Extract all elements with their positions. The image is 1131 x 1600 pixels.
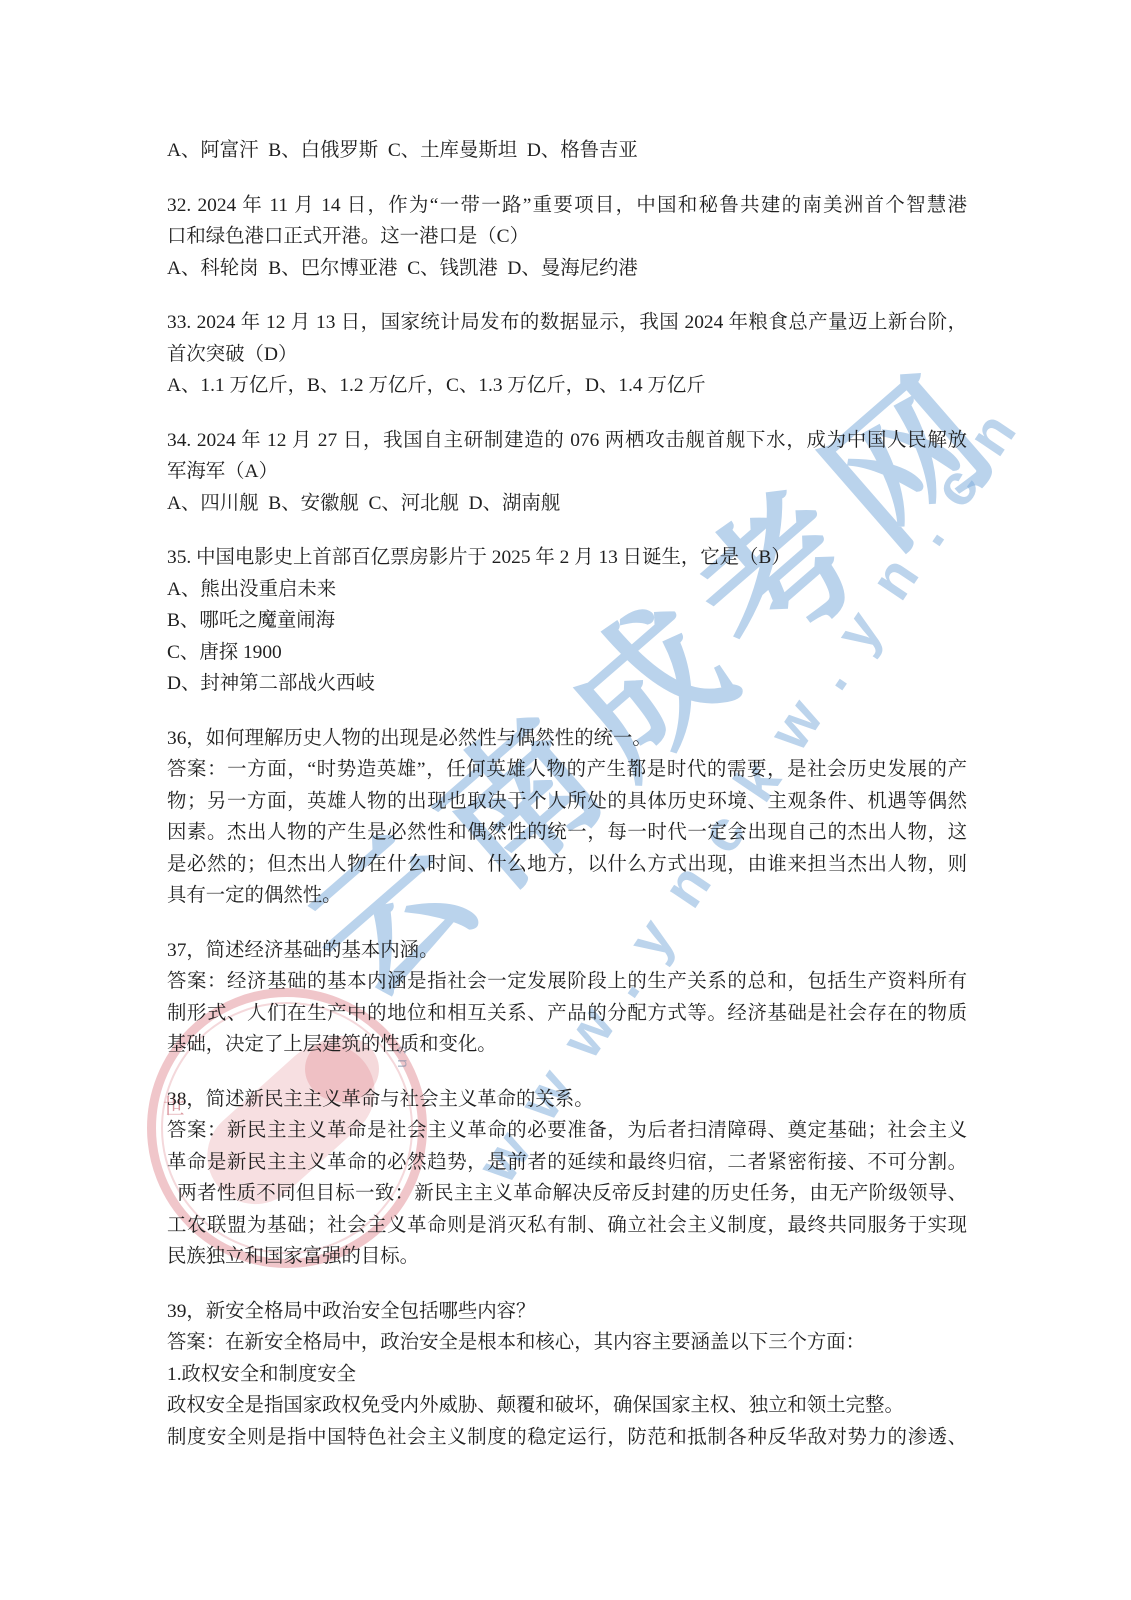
text-line: 民族独立和国家富强的目标。: [167, 1241, 967, 1273]
text-line: 军海军（A）: [167, 456, 967, 488]
question-34: 34. 2024 年 12 月 27 日，我国自主研制建造的 076 两栖攻击舰…: [167, 425, 967, 520]
text-line: 是必然的；但杰出人物在什么时间、什么地方，以什么方式出现，由谁来担当杰出人物，则: [167, 849, 967, 881]
text-line: 39，新安全格局中政治安全包括哪些内容？: [167, 1296, 967, 1328]
text-line: 37，简述经济基础的基本内涵。: [167, 935, 967, 967]
question-32: 32. 2024 年 11 月 14 日，作为“一带一路”重要项目，中国和秘鲁共…: [167, 190, 967, 285]
text-line: B、哪吒之魔童闹海: [167, 605, 967, 637]
question-37: 37，简述经济基础的基本内涵。 答案：经济基础的基本内涵是指社会一定发展阶段上的…: [167, 935, 967, 1061]
text-line: A、科轮岗 B、巴尔博亚港 C、钱凯港 D、曼海尼约港: [167, 253, 967, 285]
text-line: 首次突破（D）: [167, 339, 967, 371]
text-line: 两者性质不同但目标一致：新民主主义革命解决反帝反封建的历史任务，由无产阶级领导、: [167, 1178, 967, 1210]
question-38: 38，简述新民主主义革命与社会主义革命的关系。 答案：新民主主义革命是社会主义革…: [167, 1084, 967, 1273]
document-content: A、阿富汗 B、白俄罗斯 C、土库曼斯坦 D、格鲁吉亚 32. 2024 年 1…: [167, 135, 967, 1476]
text-line: 34. 2024 年 12 月 27 日，我国自主研制建造的 076 两栖攻击舰…: [167, 425, 967, 457]
text-line: 基础，决定了上层建筑的性质和变化。: [167, 1029, 967, 1061]
text-line: 答案：在新安全格局中，政治安全是根本和核心，其内容主要涵盖以下三个方面：: [167, 1327, 967, 1359]
text-line: 32. 2024 年 11 月 14 日，作为“一带一路”重要项目，中国和秘鲁共…: [167, 190, 967, 222]
question-39: 39，新安全格局中政治安全包括哪些内容？ 答案：在新安全格局中，政治安全是根本和…: [167, 1296, 967, 1454]
text-line: 因素。杰出人物的产生是必然性和偶然性的统一，每一时代一定会出现自己的杰出人物，这: [167, 817, 967, 849]
text-line: 1.政权安全和制度安全: [167, 1359, 967, 1391]
text-line: 制度安全则是指中国特色社会主义制度的稳定运行，防范和抵制各种反华敌对势力的渗透、: [167, 1422, 967, 1454]
text-line: A、四川舰 B、安徽舰 C、河北舰 D、湖南舰: [167, 488, 967, 520]
text-line: C、唐探 1900: [167, 637, 967, 669]
question-33: 33. 2024 年 12 月 13 日，国家统计局发布的数据显示，我国 202…: [167, 307, 967, 402]
text-line: 具有一定的偶然性。: [167, 880, 967, 912]
text-line: 答案：经济基础的基本内涵是指社会一定发展阶段上的生产关系的总和，包括生产资料所有: [167, 966, 967, 998]
text-line: A、阿富汗 B、白俄罗斯 C、土库曼斯坦 D、格鲁吉亚: [167, 135, 967, 167]
text-line: A、1.1 万亿斤，B、1.2 万亿斤，C、1.3 万亿斤，D、1.4 万亿斤: [167, 370, 967, 402]
text-line: 36，如何理解历史人物的出现是必然性与偶然性的统一。: [167, 723, 967, 755]
text-line: A、熊出没重启未来: [167, 574, 967, 606]
text-line: 35. 中国电影史上首部百亿票房影片于 2025 年 2 月 13 日诞生，它是…: [167, 542, 967, 574]
text-line: 制形式、人们在生产中的地位和相互关系、产品的分配方式等。经济基础是社会存在的物质: [167, 998, 967, 1030]
text-line: 物；另一方面，英雄人物的出现也取决于个人所处的具体历史环境、主观条件、机遇等偶然: [167, 786, 967, 818]
question-36: 36，如何理解历史人物的出现是必然性与偶然性的统一。 答案：一方面，“时势造英雄…: [167, 723, 967, 912]
page-background: 云南成考网 www.ynckw.yn.cn 世 cn A、阿富汗 B、白俄罗斯 …: [0, 0, 1131, 1600]
text-line: 33. 2024 年 12 月 13 日，国家统计局发布的数据显示，我国 202…: [167, 307, 967, 339]
text-line: 工农联盟为基础；社会主义革命则是消灭私有制、确立社会主义制度，最终共同服务于实现: [167, 1210, 967, 1242]
text-line: D、封神第二部战火西岐: [167, 668, 967, 700]
question-31-options: A、阿富汗 B、白俄罗斯 C、土库曼斯坦 D、格鲁吉亚: [167, 135, 967, 167]
text-line: 口和绿色港口正式开港。这一港口是（C）: [167, 221, 967, 253]
question-35: 35. 中国电影史上首部百亿票房影片于 2025 年 2 月 13 日诞生，它是…: [167, 542, 967, 700]
text-line: 答案：新民主主义革命是社会主义革命的必要准备，为后者扫清障碍、奠定基础；社会主义: [167, 1115, 967, 1147]
exam-document-page: { "watermark": { "site_name": "云南成考网", "…: [0, 0, 1131, 1600]
text-line: 38，简述新民主主义革命与社会主义革命的关系。: [167, 1084, 967, 1116]
text-line: 答案：一方面，“时势造英雄”，任何英雄人物的产生都是时代的需要，是社会历史发展的…: [167, 754, 967, 786]
text-line: 革命是新民主主义革命的必然趋势，是前者的延续和最终归宿，二者紧密衔接、不可分割。: [167, 1147, 967, 1179]
text-line: 政权安全是指国家政权免受内外威胁、颠覆和破坏，确保国家主权、独立和领土完整。: [167, 1390, 967, 1422]
